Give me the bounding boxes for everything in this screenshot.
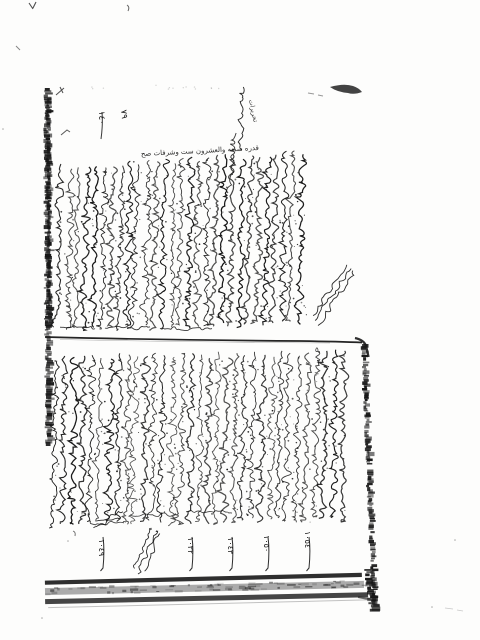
manuscript-scan-page: ١٤٠ ٧٩ قدره سبعه والعشرون ست وشرفات صح ت… [0,0,480,640]
right-scan-border [355,338,380,607]
divider-mark: ٥ [315,346,319,354]
year-number: ١٠٤٣ [226,537,235,555]
manuscript-scan-svg: ١٤٠ ٧٩ قدره سبعه والعشرون ست وشرفات صح ت… [0,0,480,640]
folio-number-left: ١٤٠ [96,111,106,125]
header-note: قدره سبعه والعشرون ست وشرفات صح [141,144,259,158]
page1-handwriting-block [52,151,307,331]
folio-number-right: ٧٩ [118,109,129,120]
page-divider-line [45,337,362,343]
year-number: ١٠٤٩ [97,539,106,556]
side-note: تحريرات [247,99,260,123]
year-number: ١٠٥٤ [303,531,312,548]
left-scan-border [43,88,55,446]
bottom-scan-bands [45,569,380,612]
year-number: ١٠٣٢ [186,537,195,554]
scan-dust-specks [2,2,463,619]
year-number: ١٠٥٠ [262,535,271,552]
page2-handwriting-block [49,350,349,528]
